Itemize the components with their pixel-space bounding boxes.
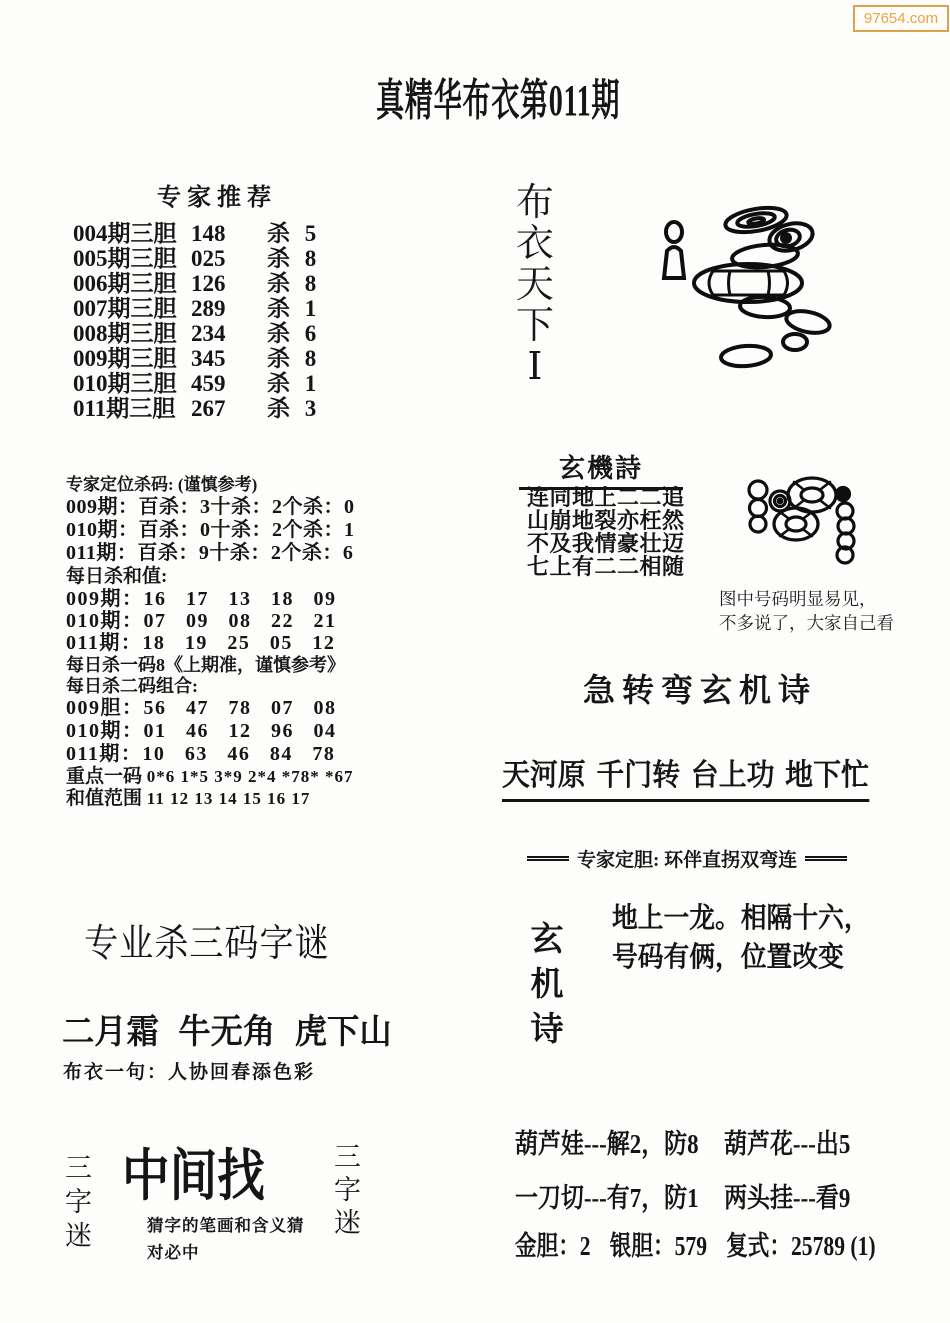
issue-label: 007期三胆 [73,296,191,321]
issue-label: 005期三胆 [73,246,191,271]
hint-item: 两头挂---看9 [724,1176,850,1215]
issue-label: 004期三胆 [73,221,191,246]
kill-value: 杀 8 [267,246,316,271]
table-row: 008期三胆234杀 6 [73,321,316,346]
issue-label: 010期三胆 [73,371,191,396]
daily-two-line: 011期：10 63 46 84 78 [66,743,456,766]
table-row: 006期三胆126杀 8 [73,271,316,296]
xuanji-poem-line: 连同地上二二追 [527,486,685,509]
table-row: 007期三胆289杀 1 [73,296,316,321]
xuanji-poem2-line: 号码有俩，位置改变 [612,938,870,977]
buyi-tianxia-banner: 布衣天下Ⅰ [513,183,557,388]
xuanji-poem-line: 七上有二二相随 [527,555,685,578]
kill-value: 杀 6 [267,321,316,346]
killcode-line: 011期：百杀：9十杀：2个杀：6 [66,542,456,565]
expert-heading: 专家推荐 [157,177,277,212]
dan-value: 289 [191,296,267,321]
expert-dan-divider: 专家定胆: 环伴直拐双弯连 [527,845,847,872]
daily-sum-heading: 每日杀和值: [66,565,456,588]
coin-sketch [740,470,864,570]
dan-value: 148 [191,221,267,246]
killcode-line: 010期：百杀：0十杀：2个杀：1 [66,519,456,542]
riddle-heading: 专业杀三码字谜 [84,912,330,967]
page-title: 真精华布衣第011期 [376,64,620,128]
riddle-note: 猜字的笔画和含义猜 对必中 [147,1212,305,1266]
riddle-big-answer: 中间找 [122,1132,265,1212]
hint-item: 葫芦花---出5 [724,1122,850,1161]
oval-chain-sketch [616,176,882,376]
daily-sum-line: 010期：07 09 08 22 21 [66,610,456,632]
fushi-combo: 复式：25789 (1) [726,1224,875,1263]
table-row: 011期三胆267杀 3 [73,396,316,421]
key-one-label: 重点一码 [66,766,142,787]
sharp-turn-line: 天河原 千门转 台上功 地下忙 [502,750,869,802]
issue-label: 011期三胆 [73,396,191,421]
dan-value: 459 [191,371,267,396]
tip-sheet-page: 97654.com 真精华布衣第011期 专家推荐 004期三胆148杀 5 0… [0,0,950,1323]
daily-two-heading: 每日杀二码组合: [66,676,456,697]
key-one-line: 重点一码 0*6 1*5 3*9 2*4 *78* *67 [66,766,456,788]
hint-item: 一刀切---有7，防1 [515,1176,699,1215]
silver-dan: 银胆：579 [610,1224,707,1263]
riddle-note-line: 对必中 [147,1239,305,1266]
killcode-heading: 专家定位杀码: (谨慎参考) [66,474,456,496]
table-row: 005期三胆025杀 8 [73,246,316,271]
dan-value: 234 [191,321,267,346]
kill-value: 杀 3 [267,396,316,421]
site-watermark: 97654.com [853,5,949,32]
expert-dan-divider-text: 专家定胆: 环伴直拐双弯连 [577,845,797,872]
sum-range-value: 11 12 13 14 15 16 17 [147,789,311,808]
kill-value: 杀 5 [267,221,316,246]
xuanji-poem-line: 不及我情豪壮迈 [527,532,685,555]
daily-two-line: 009胆：56 47 78 07 08 [66,697,456,720]
xuanji-poem-line: 山崩地裂亦枉然 [527,509,685,532]
dan-summary-row: 金胆：2 银胆：579 复式：25789 (1) [515,1224,876,1263]
expert-recommend-list: 004期三胆148杀 5 005期三胆025杀 8 006期三胆126杀 8 0… [73,221,316,421]
xuanji-poem2: 地上一龙。相隔十六， 号码有俩，位置改变 [612,899,870,977]
three-char-riddle-label-left: 三字迷 [63,1151,94,1253]
issue-label: 009期三胆 [73,346,191,371]
sum-range-label: 和值范围 [66,788,142,809]
dan-value: 126 [191,271,267,296]
three-char-riddle-label-right: 三字迷 [332,1141,363,1240]
kill-value: 杀 8 [267,271,316,296]
sketch-caption-line: 图中号码明显易见， [719,587,894,611]
kill-value: 杀 1 [267,296,316,321]
table-row: 009期三胆345杀 8 [73,346,316,371]
double-line-left [527,856,569,861]
sharp-turn-heading: 急转弯玄机诗 [583,665,817,711]
gold-dan: 金胆：2 [515,1224,591,1263]
sum-range-line: 和值范围 11 12 13 14 15 16 17 [66,788,456,810]
table-row: 004期三胆148杀 5 [73,221,316,246]
dan-value: 025 [191,246,267,271]
riddle-line: 二月霜 牛无角 虎下山 [62,1004,392,1053]
xuanji-poem: 连同地上二二追 山崩地裂亦枉然 不及我情豪壮迈 七上有二二相随 [527,486,685,578]
double-line-right [805,856,847,861]
buyi-sentence: 布衣一句：人协回春添色彩 [63,1057,315,1084]
kill-value: 杀 8 [267,346,316,371]
cut-hint-row: 一刀切---有7，防1 两头挂---看9 [515,1176,850,1215]
issue-label: 006期三胆 [73,271,191,296]
daily-two-line: 010期：01 46 12 96 04 [66,720,456,743]
daily-sum-line: 009期：16 17 13 18 09 [66,588,456,610]
hint-item: 葫芦娃---解2，防8 [515,1122,699,1161]
dan-value: 267 [191,396,267,421]
daily-sum-line: 011期：18 19 25 05 12 [66,632,456,654]
issue-label: 008期三胆 [73,321,191,346]
daily-one-code-line: 每日杀一码8《上期准，谨慎参考》 [66,654,456,676]
killcode-section: 专家定位杀码: (谨慎参考) 009期：百杀：3十杀：2个杀：0 010期：百杀… [66,474,456,810]
xuanji-poem2-vertical-label: 玄机诗 [528,918,566,1053]
sketch-caption-line: 不多说了，大家自己看 [719,611,894,635]
sketch-caption: 图中号码明显易见， 不多说了，大家自己看 [719,587,894,635]
killcode-line: 009期：百杀：3十杀：2个杀：0 [66,496,456,519]
kill-value: 杀 1 [267,371,316,396]
xuanji-poem2-line: 地上一龙。相隔十六， [612,899,870,938]
gourd-hint-row: 葫芦娃---解2，防8 葫芦花---出5 [515,1122,850,1161]
table-row: 010期三胆459杀 1 [73,371,316,396]
key-one-value: 0*6 1*5 3*9 2*4 *78* *67 [147,767,354,786]
xuanji-poem-heading: 玄機詩 [519,448,683,490]
riddle-note-line: 猜字的笔画和含义猜 [147,1212,305,1239]
dan-value: 345 [191,346,267,371]
